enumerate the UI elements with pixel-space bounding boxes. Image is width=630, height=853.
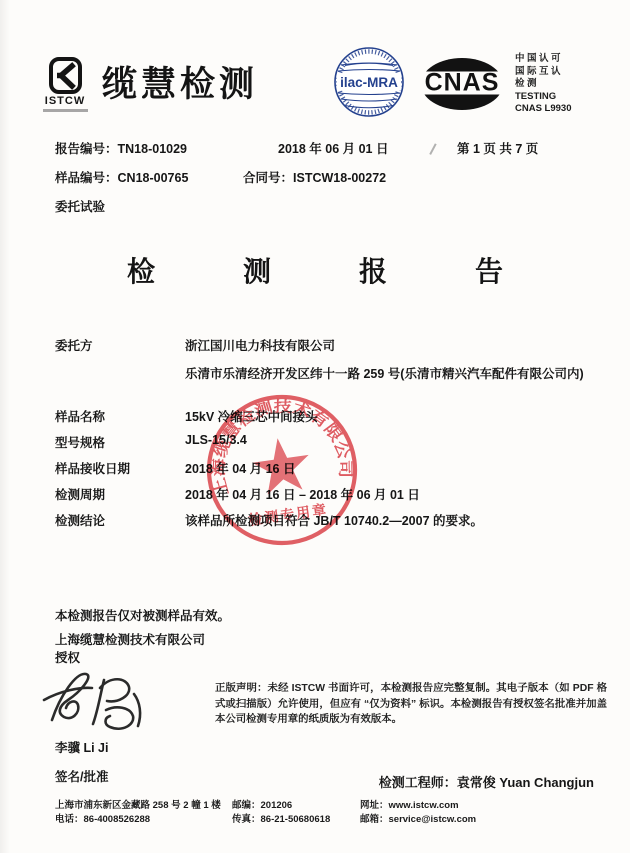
contract-number-value: ISTCW18-00272 — [293, 171, 386, 185]
footer-phone: 电话：86-4008526288 — [55, 811, 150, 825]
istcw-logo-icon — [48, 56, 84, 96]
footer-email: 邮箱：service@istcw.com — [360, 811, 476, 825]
client-name: 浙江国川电力科技有限公司 — [185, 336, 335, 354]
engineer-label: 检测工程师： — [379, 775, 457, 790]
test-engineer-row: 检测工程师：袁常俊 Yuan Changjun — [0, 772, 594, 791]
sample-row-label: 检测结论 — [55, 511, 105, 529]
seal-star-icon — [249, 434, 313, 496]
brand-name: 缆慧检测 — [102, 57, 258, 107]
istcw-logo-text: ISTCW — [40, 95, 90, 107]
report-title: 检 测 报 告 — [0, 250, 630, 290]
cnas-logo: CNAS — [418, 56, 506, 112]
report-number-label: 报告编号： — [55, 142, 118, 156]
report-page: ISTCW 缆慧检测 ilac-MRA CNAS 中国认可 国际互认 检测 TE… — [0, 0, 630, 853]
engineer-name: 袁常俊 Yuan Changjun — [457, 775, 594, 790]
sample-row-label: 型号规格 — [55, 433, 105, 451]
validity-statement: 本检测报告仅对被测样品有效。 — [55, 606, 230, 624]
page-indicator: 第 1 页 共 7 页 — [457, 139, 538, 157]
copyright-disclaimer: 正版声明：未经 ISTCW 书面许可，本检测报告应完整复制。其电子版本（如 PD… — [215, 681, 607, 728]
footer-address: 上海市浦东新区金藏路 258 号 2 幢 1 楼 — [55, 797, 221, 811]
sample-row-label: 检测周期 — [55, 485, 105, 503]
footer-zip: 邮编：201206 — [232, 797, 292, 811]
accreditation-block: 中国认可 国际互认 检测 TESTING CNAS L9930 — [515, 53, 572, 116]
client-address: 乐清市乐清经济开发区纬十一路 259 号(乐清市精兴汽车配件有限公司内) — [185, 364, 584, 382]
report-date: 2018 年 06 月 01 日 — [278, 139, 388, 157]
sample-row-label: 样品名称 — [55, 407, 105, 425]
report-number-value: TN18-01029 — [118, 142, 188, 156]
contract-number-label: 合同号： — [243, 171, 293, 185]
seal-type-text: 检测专用章 — [248, 501, 329, 528]
accreditation-line: 国际互认 — [515, 66, 572, 79]
logo-tagline — [43, 109, 88, 112]
issuer-company: 上海缆慧检测技术有限公司 — [55, 630, 205, 648]
cnas-label: CNAS — [425, 69, 500, 97]
footer-fax: 传真：86-21-50680618 — [232, 811, 330, 825]
scan-edge-shade — [0, 0, 10, 853]
company-seal-stamp: 上海缆慧检测技术有限公司 检测专用章 — [180, 368, 383, 571]
contract-number-row: 合同号：ISTCW18-00272 — [243, 168, 386, 186]
signer-name: 李骥 Li Ji — [55, 738, 108, 756]
footer-website: 网址：www.istcw.com — [360, 797, 459, 811]
sample-row-label: 样品接收日期 — [55, 459, 130, 477]
handwritten-signature — [38, 664, 156, 742]
accreditation-line: 检测 — [515, 78, 572, 91]
sample-number-label: 样品编号： — [55, 171, 118, 185]
sample-number-row: 样品编号：CN18-00765 — [55, 168, 188, 186]
pen-mark — [429, 143, 436, 154]
client-label: 委托方 — [55, 336, 93, 354]
ilac-mra-logo: ilac-MRA — [333, 46, 405, 118]
ilac-mra-label: ilac-MRA — [340, 75, 398, 90]
report-number-row: 报告编号：TN18-01029 — [55, 139, 187, 157]
test-type: 委托试验 — [55, 197, 105, 215]
accreditation-line: CNAS L9930 — [515, 103, 572, 116]
sample-number-value: CN18-00765 — [118, 171, 189, 185]
accreditation-line: TESTING — [515, 91, 572, 104]
accreditation-line: 中国认可 — [515, 53, 572, 66]
